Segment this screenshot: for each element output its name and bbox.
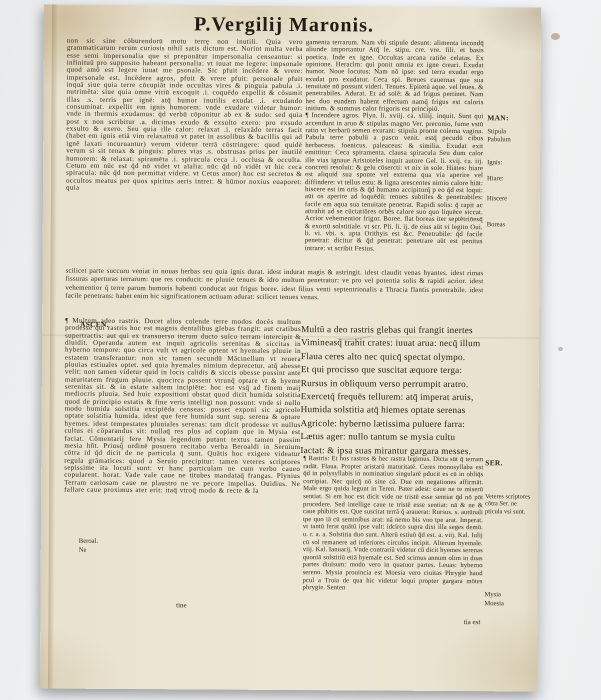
background-speck bbox=[551, 33, 560, 40]
margin-note-boreas: Boreas bbox=[487, 221, 505, 229]
margin-note-moesia: Moesia bbox=[484, 600, 503, 608]
margin-note-ne: Ne bbox=[79, 547, 87, 555]
verse-line: Agricole: hyberno lætissima puluere farr… bbox=[300, 417, 528, 432]
ascensius-commentary: ¶ Multum adeo rastris. Docet alios colen… bbox=[63, 318, 301, 601]
margin-note-hiscere: Hiscere bbox=[487, 195, 507, 203]
margin-note-stipula: Stipula bbox=[487, 128, 506, 136]
binding-crease bbox=[48, 5, 58, 689]
gloss-paragraph: gamenta terrarum. Nam vbi stipule desunt… bbox=[305, 39, 483, 114]
manuscript-page: P.Vergilij Maronis. non sic sine cōburen… bbox=[40, 4, 541, 691]
full-width-gloss: scilicet parte succuru veniat in nouas h… bbox=[65, 268, 483, 323]
margin-note-hiare: Hiare: bbox=[487, 175, 504, 183]
verse-line: Lætus ager: nullo tantum se mysia cultu bbox=[300, 430, 528, 445]
margin-note-ignis: Ignis: bbox=[487, 159, 502, 167]
margin-note-beroaldus: Beroal. bbox=[79, 538, 98, 546]
verse-line: Flaua ceres alto nec quicq̄ spectat olym… bbox=[301, 350, 529, 365]
margin-note-ser: SER. bbox=[485, 459, 502, 467]
virgil-verse-block: Multū a deo rastris glebas qui frangit i… bbox=[300, 323, 529, 458]
verse-line: Rursus in obliquum verso perrumpit aratr… bbox=[301, 377, 529, 392]
verse-line: Exercetq̄ frequēs tellurem: atq̄ imperat… bbox=[301, 390, 529, 405]
verse-line: Humida solstitia atq̄ hiemes optate sere… bbox=[301, 404, 529, 419]
verse-line: Et qui procisso que suscitat æquore terg… bbox=[301, 363, 529, 378]
servius-commentary: ¶ Rastris: Et hos rastros & hec rastra l… bbox=[302, 455, 483, 616]
page-title: P.Vergilij Maronis. bbox=[64, 13, 504, 39]
background-speck bbox=[558, 347, 563, 351]
margin-note-pabulum: Pabulum bbox=[487, 136, 510, 144]
right-column-end-word: tia est bbox=[302, 617, 490, 626]
right-column-commentary-top: gamenta terrarum. Nam vbi stipule desunt… bbox=[304, 39, 483, 270]
left-column-commentary-top: non sic sine cōburendorū motu terrę non … bbox=[65, 38, 302, 271]
margin-note-mysia: Mysia bbox=[484, 591, 501, 599]
margin-note-man: MAN: bbox=[487, 114, 508, 122]
margin-note-ascensius: ASCEN. bbox=[80, 321, 109, 329]
verse-line: Vimineasq̄ trahit crates: iuuat arua: ne… bbox=[301, 336, 529, 351]
margin-note-veteres: Veteres scriptores cōtra Ser. ne pticula… bbox=[485, 493, 533, 516]
photo-background: P.Vergilij Maronis. non sic sine cōburen… bbox=[0, 0, 601, 700]
incendere-paragraph: ¶ Incendere agros. Plyn. li. xviij. ca. … bbox=[305, 113, 484, 254]
left-column-end-word: tine bbox=[63, 601, 299, 610]
